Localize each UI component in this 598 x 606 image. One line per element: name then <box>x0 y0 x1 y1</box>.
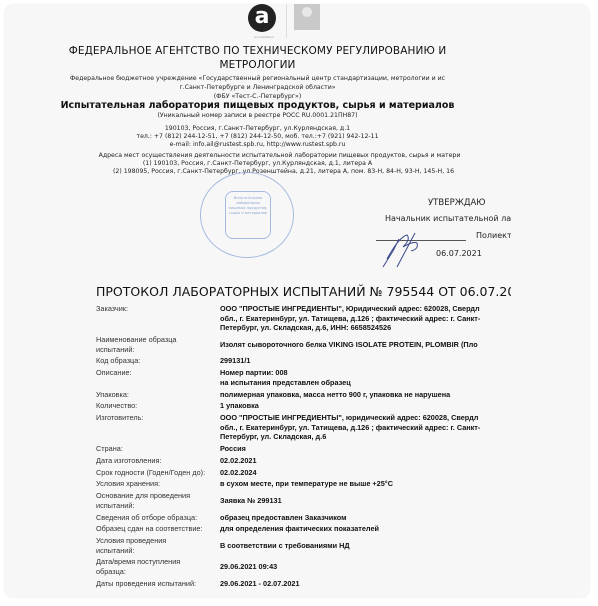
detail-label: Описание: <box>96 368 220 387</box>
detail-label: Страна: <box>96 444 220 454</box>
detail-value: 29.06.2021 09:43 <box>220 557 511 576</box>
detail-label: Наименование образца испытаний: <box>96 335 220 354</box>
approval-date: 06.07.2021 <box>436 249 482 258</box>
institution-short: (ФБУ «Тест-С.-Петербург») <box>4 93 511 100</box>
document-card: a accreditation ФЕДЕРАЛЬНОЕ АГЕНТСТВО ПО… <box>4 4 590 598</box>
approval-position: Начальник испытательной лабо <box>385 214 511 223</box>
detail-value: для определения фактических показателей <box>220 524 511 534</box>
detail-value: ООО "ПРОСТЫЕ ИНГРЕДИЕНТЫ", Юридический а… <box>220 304 511 333</box>
approval-title: УТВЕРЖДАЮ <box>428 198 486 208</box>
detail-row: Наименование образца испытаний:Изолят сы… <box>96 335 511 354</box>
institution-line1: Федеральное бюджетное учреждение «Госуда… <box>4 75 511 82</box>
activity-address-2: (2) 198095, Россия, г.Санкт-Петербург, у… <box>30 168 511 175</box>
lab-stamp: Испытательная лаборатория пищевых продук… <box>200 172 294 258</box>
detail-value: полимерная упаковка, масса нетто 900 г, … <box>220 390 511 400</box>
detail-label: Сведения об отборе образца: <box>96 513 220 523</box>
detail-row: Даты проведения испытаний:29.06.2021 - 0… <box>96 579 511 589</box>
institution-line2: г.Санкт-Петербурге и Ленинградской облас… <box>4 84 511 91</box>
approval-name: Полиекто <box>476 231 511 240</box>
detail-label: Дата/время поступления образца: <box>96 557 220 576</box>
registry-number: (Уникальный номер записи в реестре РОСС … <box>4 112 511 119</box>
detail-value: Заявка № 299131 <box>220 491 511 510</box>
detail-value: 02.02.2021 <box>220 456 511 466</box>
agency-name-line1: ФЕДЕРАЛЬНОЕ АГЕНТСТВО ПО ТЕХНИЧЕСКОМУ РЕ… <box>4 45 511 57</box>
logo-divider <box>286 4 287 38</box>
detail-row: Упаковка:полимерная упаковка, масса нетт… <box>96 390 511 400</box>
detail-row: Описание:Номер партии: 008 на испытания … <box>96 368 511 387</box>
detail-row: Условия проведения испытаний:В соответст… <box>96 536 511 555</box>
detail-label: Образец сдан на соответствие: <box>96 524 220 534</box>
detail-row: Код образца:299131/1 <box>96 356 511 366</box>
detail-row: Условия хранения:в сухом месте, при темп… <box>96 479 511 489</box>
activity-addresses-title: Адреса мест осуществления деятельности и… <box>26 152 511 159</box>
signature-icon <box>379 229 439 269</box>
detail-label: Условия хранения: <box>96 479 220 489</box>
detail-value: Россия <box>220 444 511 454</box>
protocol-details: Заказчик:ООО "ПРОСТЫЕ ИНГРЕДИЕНТЫ", Юрид… <box>96 304 511 591</box>
lab-phones: тел.: +7 (812) 244-12-51, +7 (812) 244-1… <box>4 133 511 140</box>
detail-label: Даты проведения испытаний: <box>96 579 220 589</box>
stamp-text: Испытательная лаборатория пищевых продук… <box>228 196 268 216</box>
detail-row: Дата изготовления:02.02.2021 <box>96 456 511 466</box>
logo-caption: accreditation <box>244 35 284 39</box>
lab-contacts: e-mail: info.ail@rustest.spb.ru, http://… <box>4 141 511 148</box>
detail-value: ООО "ПРОСТЫЕ ИНГРЕДИЕНТЫ", юридический а… <box>220 413 511 442</box>
detail-value: в сухом месте, при температуре не выше +… <box>220 479 511 489</box>
detail-value: 1 упаковка <box>220 401 511 411</box>
detail-label: Дата изготовления: <box>96 456 220 466</box>
detail-value: Номер партии: 008 на испытания представл… <box>220 368 511 387</box>
detail-value: образец предоставлен Заказчиком <box>220 513 511 523</box>
detail-label: Количество: <box>96 401 220 411</box>
detail-row: Заказчик:ООО "ПРОСТЫЕ ИНГРЕДИЕНТЫ", Юрид… <box>96 304 511 333</box>
lab-name: Испытательная лаборатория пищевых продук… <box>4 100 511 111</box>
detail-value: В соответствии с требованиями НД <box>220 536 511 555</box>
detail-label: Срок годности (Годен/Годен до): <box>96 468 220 478</box>
detail-row: Сведения об отборе образца:образец предо… <box>96 513 511 523</box>
detail-label: Основание для проведения испытаний: <box>96 491 220 510</box>
gov-logo-icon <box>294 4 320 30</box>
agency-name-line2: МЕТРОЛОГИИ <box>4 59 511 71</box>
detail-row: Дата/время поступления образца:29.06.202… <box>96 557 511 576</box>
a-logo-icon: a <box>248 4 276 32</box>
detail-row: Количество:1 упаковка <box>96 401 511 411</box>
detail-value: 299131/1 <box>220 356 511 366</box>
detail-value: 02.02.2024 <box>220 468 511 478</box>
detail-label: Изготовитель: <box>96 413 220 442</box>
detail-row: Изготовитель:ООО "ПРОСТЫЕ ИНГРЕДИЕНТЫ", … <box>96 413 511 442</box>
detail-row: Страна:Россия <box>96 444 511 454</box>
detail-row: Образец сдан на соответствие:для определ… <box>96 524 511 534</box>
activity-address-1: (1) 190103, Россия, г.Санкт-Петербург, у… <box>4 160 511 167</box>
detail-label: Упаковка: <box>96 390 220 400</box>
detail-value: 29.06.2021 - 02.07.2021 <box>220 579 511 589</box>
detail-row: Основание для проведения испытаний:Заявк… <box>96 491 511 510</box>
detail-value: Изолят сывороточного белка VIKING ISOLAT… <box>220 335 511 354</box>
lab-address: 190103, Россия, г.Санкт-Петербург, ул.Ку… <box>4 125 511 132</box>
detail-label: Условия проведения испытаний: <box>96 536 220 555</box>
detail-label: Заказчик: <box>96 304 220 333</box>
detail-label: Код образца: <box>96 356 220 366</box>
detail-row: Срок годности (Годен/Годен до):02.02.202… <box>96 468 511 478</box>
protocol-document: a accreditation ФЕДЕРАЛЬНОЕ АГЕНТСТВО ПО… <box>4 4 511 598</box>
protocol-title: ПРОТОКОЛ ЛАБОРАТОРНЫХ ИСПЫТАНИЙ № 795544… <box>96 284 511 299</box>
